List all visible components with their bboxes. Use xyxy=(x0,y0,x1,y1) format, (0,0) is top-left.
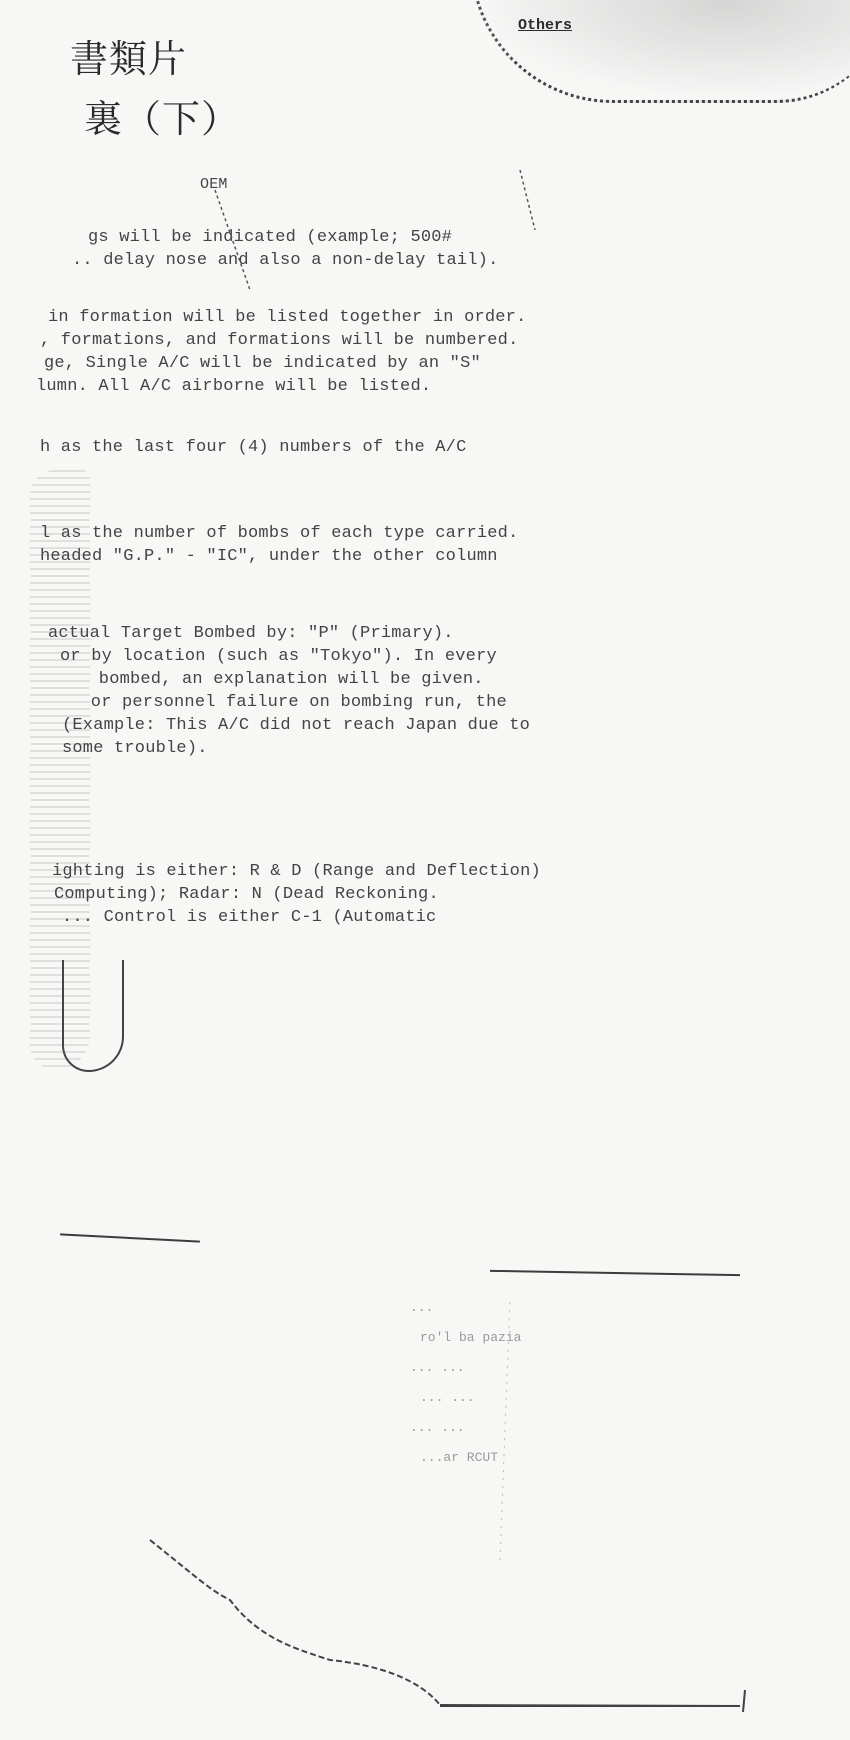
inverted-text-line: ...ar RCUT xyxy=(420,1450,498,1465)
inverted-text-line: ... ... xyxy=(410,1360,465,1375)
inverted-text-line: ... xyxy=(410,1300,433,1315)
inverted-text-line: ... ... xyxy=(420,1390,475,1405)
torn-edge-curve xyxy=(0,0,850,1740)
inverted-text-line: ro'l ba pazia xyxy=(420,1330,521,1345)
inverted-text-line: ... ... xyxy=(410,1420,465,1435)
